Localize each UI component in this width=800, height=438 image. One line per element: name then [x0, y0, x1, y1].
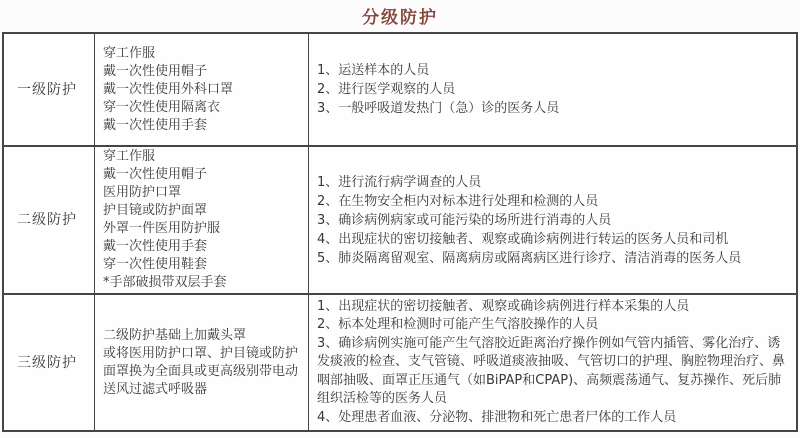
equipment-line: 或将医用防护口罩、护目镜或防护面罩换为全面具或更高级别带电动送风过滤式呼吸器	[103, 345, 304, 399]
personnel-line: 5、肺炎隔离留观室、隔离病房或隔离病区进行诊疗、清洁消毒的医务人员	[317, 249, 790, 268]
table-row-level-1: 一级防护 穿工作服戴一次性使用帽子戴一次性使用外科口罩穿一次性使用隔离衣戴一次性…	[4, 34, 796, 145]
personnel-line: 4、出现症状的密切接触者、观察或确诊病例进行转运的医务人员和司机	[317, 230, 790, 249]
equipment-line: 戴一次性使用手套	[103, 238, 304, 256]
personnel-line: 2、在生物安全柜内对标本进行处理和检测的人员	[317, 192, 790, 211]
level-2-equipment-list: 穿工作服戴一次性使用帽子医用防护口罩护目镜或防护面罩外罩一件医用防护服戴一次性使…	[95, 147, 309, 293]
equipment-line: 穿工作服	[103, 45, 304, 63]
equipment-line: 二级防护基础上加戴头罩	[103, 327, 304, 345]
equipment-line: 护目镜或防护面罩	[103, 202, 304, 220]
table-row-level-3: 三级防护 二级防护基础上加戴头罩或将医用防护口罩、护目镜或防护面罩换为全面具或更…	[4, 293, 796, 430]
personnel-line: 2、进行医学观察的人员	[317, 80, 790, 99]
level-1-equipment-list: 穿工作服戴一次性使用帽子戴一次性使用外科口罩穿一次性使用隔离衣戴一次性使用手套	[95, 34, 309, 145]
level-2-personnel-list: 1、进行流行病学调查的人员2、在生物安全柜内对标本进行处理和检测的人员3、确诊病…	[309, 147, 796, 293]
personnel-line: 3、确诊病例病家或可能污染的场所进行消毒的人员	[317, 211, 790, 230]
personnel-line: 1、运送样本的人员	[317, 61, 790, 80]
personnel-line: 1、出现症状的密切接触者、观察或确诊病例进行样本采集的人员	[317, 298, 790, 317]
level-3-personnel-list: 1、出现症状的密切接触者、观察或确诊病例进行样本采集的人员2、标本处理和检测时可…	[309, 295, 796, 430]
equipment-line: 戴一次性使用帽子	[103, 166, 304, 184]
protection-levels-table: 一级防护 穿工作服戴一次性使用帽子戴一次性使用外科口罩穿一次性使用隔离衣戴一次性…	[2, 32, 798, 432]
personnel-line: 3、一般呼吸道发热门（急）诊的医务人员	[317, 99, 790, 118]
personnel-line: 4、处理患者血液、分泌物、排泄物和死亡患者尸体的工作人员	[317, 409, 790, 428]
equipment-line: 医用防护口罩	[103, 184, 304, 202]
equipment-line: 外罩一件医用防护服	[103, 220, 304, 238]
level-3-equipment-list: 二级防护基础上加戴头罩或将医用防护口罩、护目镜或防护面罩换为全面具或更高级别带电…	[95, 295, 309, 430]
equipment-line: 穿一次性使用隔离衣	[103, 99, 304, 117]
page-title: 分级防护	[0, 3, 800, 28]
equipment-line: 戴一次性使用帽子	[103, 63, 304, 81]
equipment-line: 戴一次性使用手套	[103, 117, 304, 135]
equipment-line: 穿一次性使用鞋套	[103, 256, 304, 274]
level-2-label: 二级防护	[4, 147, 95, 293]
page: 分级防护 一级防护 穿工作服戴一次性使用帽子戴一次性使用外科口罩穿一次性使用隔离…	[0, 0, 800, 438]
equipment-line: 穿工作服	[103, 148, 304, 166]
level-3-label: 三级防护	[4, 295, 95, 430]
equipment-line: *手部破损带双层手套	[103, 274, 304, 292]
equipment-line: 戴一次性使用外科口罩	[103, 81, 304, 99]
table-row-level-2: 二级防护 穿工作服戴一次性使用帽子医用防护口罩护目镜或防护面罩外罩一件医用防护服…	[4, 145, 796, 293]
personnel-line: 3、确诊病例实施可能产生气溶胶近距离治疗操作例如气管内插管、雾化治疗、诱发痰液的…	[317, 335, 790, 409]
level-1-label: 一级防护	[4, 34, 95, 145]
personnel-line: 1、进行流行病学调查的人员	[317, 173, 790, 192]
level-1-personnel-list: 1、运送样本的人员2、进行医学观察的人员3、一般呼吸道发热门（急）诊的医务人员	[309, 34, 796, 145]
personnel-line: 2、标本处理和检测时可能产生气溶胶操作的人员	[317, 316, 790, 335]
